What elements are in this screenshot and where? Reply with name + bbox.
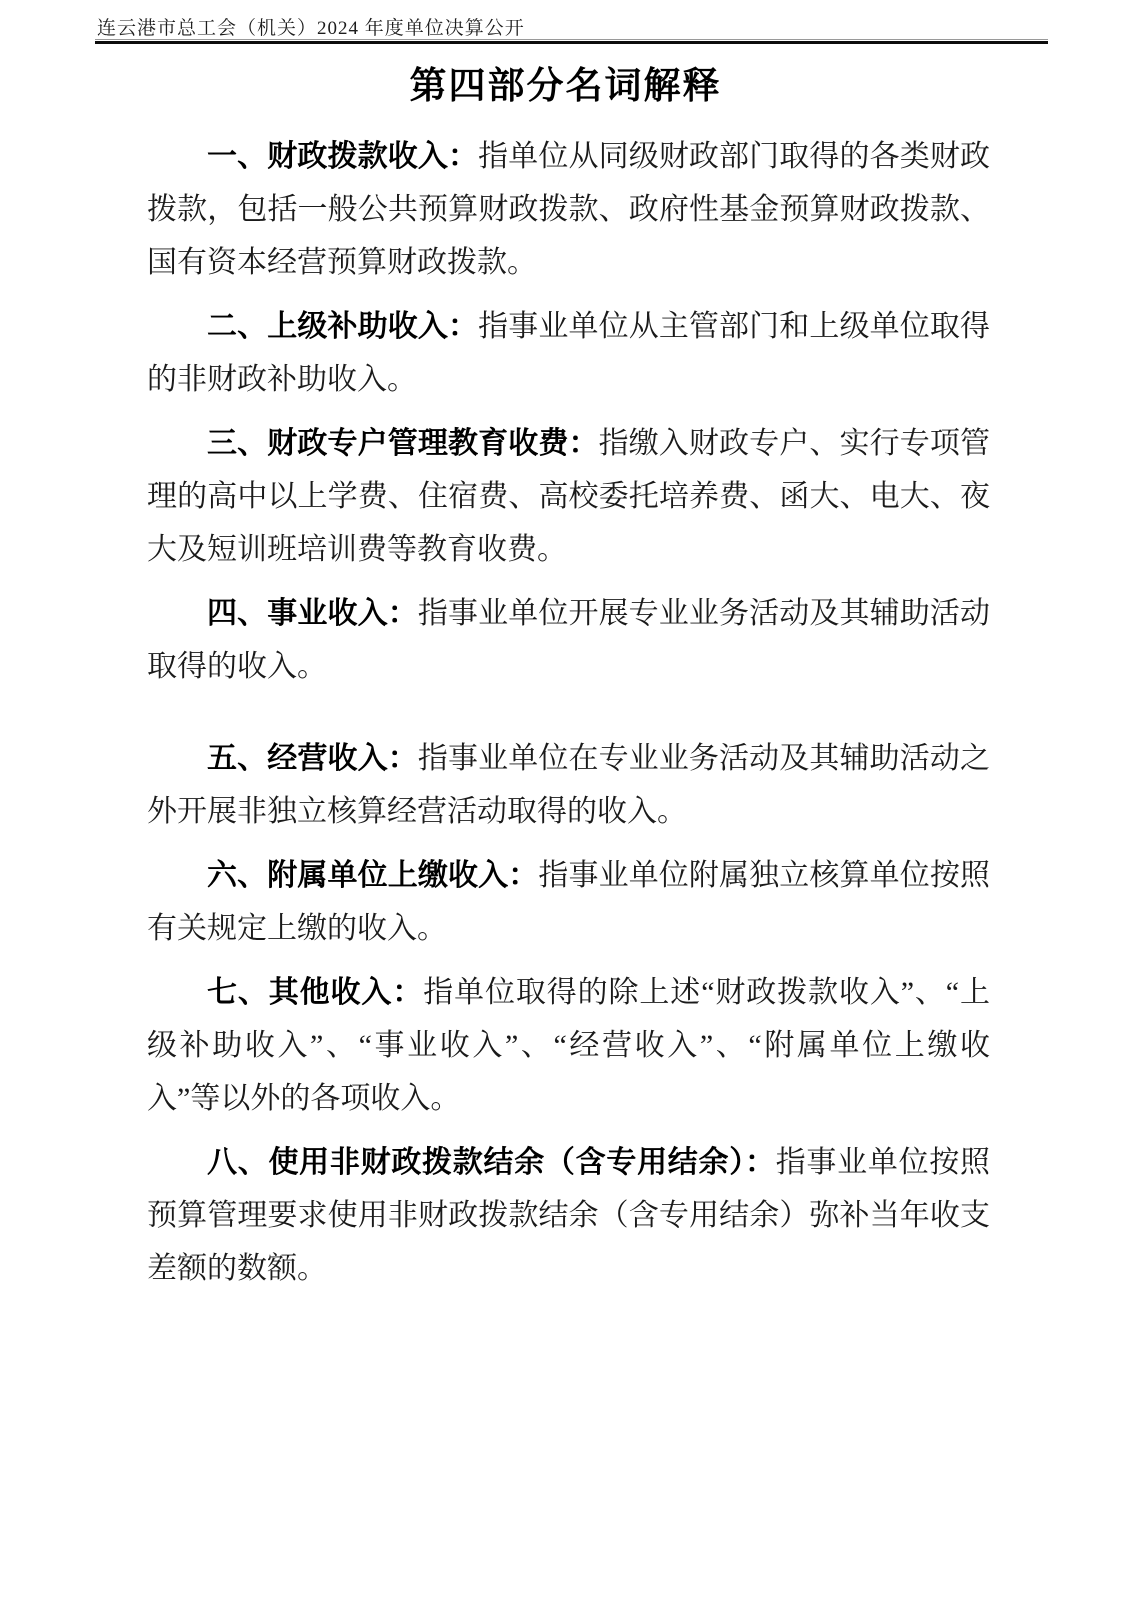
term-label-7: 七、其他收入： [207, 976, 423, 1009]
term-label-3: 三、财政专户管理教育收费： [207, 427, 599, 460]
header-divider [95, 39, 1048, 44]
term-label-2: 二、上级补助收入： [207, 310, 478, 343]
header-divider-thick-line [95, 41, 1048, 44]
term-label-8: 八、使用非财政拨款结余（含专用结余）： [207, 1146, 776, 1179]
definition-paragraph-8: 八、使用非财政拨款结余（含专用结余）：指事业单位按照预算管理要求使用非财政拨款结… [147, 1136, 990, 1295]
definition-paragraph-6: 六、附属单位上缴收入：指事业单位附属独立核算单位按照有关规定上缴的收入。 [147, 849, 990, 955]
page-header: 连云港市总工会（机关）2024 年度单位决算公开 [97, 13, 525, 40]
definition-paragraph-5: 五、经营收入：指事业单位在专业业务活动及其辅助活动之外开展非独立核算经营活动取得… [147, 732, 990, 838]
definition-paragraph-3: 三、财政专户管理教育收费：指缴入财政专户、实行专项管理的高中以上学费、住宿费、高… [147, 417, 990, 576]
definition-paragraph-7: 七、其他收入：指单位取得的除上述“财政拨款收入”、“上级补助收入”、“事业收入”… [147, 966, 990, 1125]
term-label-6: 六、附属单位上缴收入： [207, 859, 538, 892]
document-body: 一、财政拨款收入：指单位从同级财政部门取得的各类财政拨款，包括一般公共预算财政拨… [147, 130, 990, 1306]
definition-paragraph-2: 二、上级补助收入：指事业单位从主管部门和上级单位取得的非财政补助收入。 [147, 300, 990, 406]
definition-paragraph-1: 一、财政拨款收入：指单位从同级财政部门取得的各类财政拨款，包括一般公共预算财政拨… [147, 130, 990, 289]
definition-paragraph-4: 四、事业收入：指事业单位开展专业业务活动及其辅助活动取得的收入。 [147, 587, 990, 693]
term-label-4: 四、事业收入： [207, 597, 418, 630]
term-label-1: 一、财政拨款收入： [207, 140, 478, 173]
page-title: 第四部分名词解释 [0, 55, 1131, 109]
term-label-5: 五、经营收入： [207, 742, 418, 775]
document-page: 连云港市总工会（机关）2024 年度单位决算公开 第四部分名词解释 一、财政拨款… [0, 0, 1131, 1600]
